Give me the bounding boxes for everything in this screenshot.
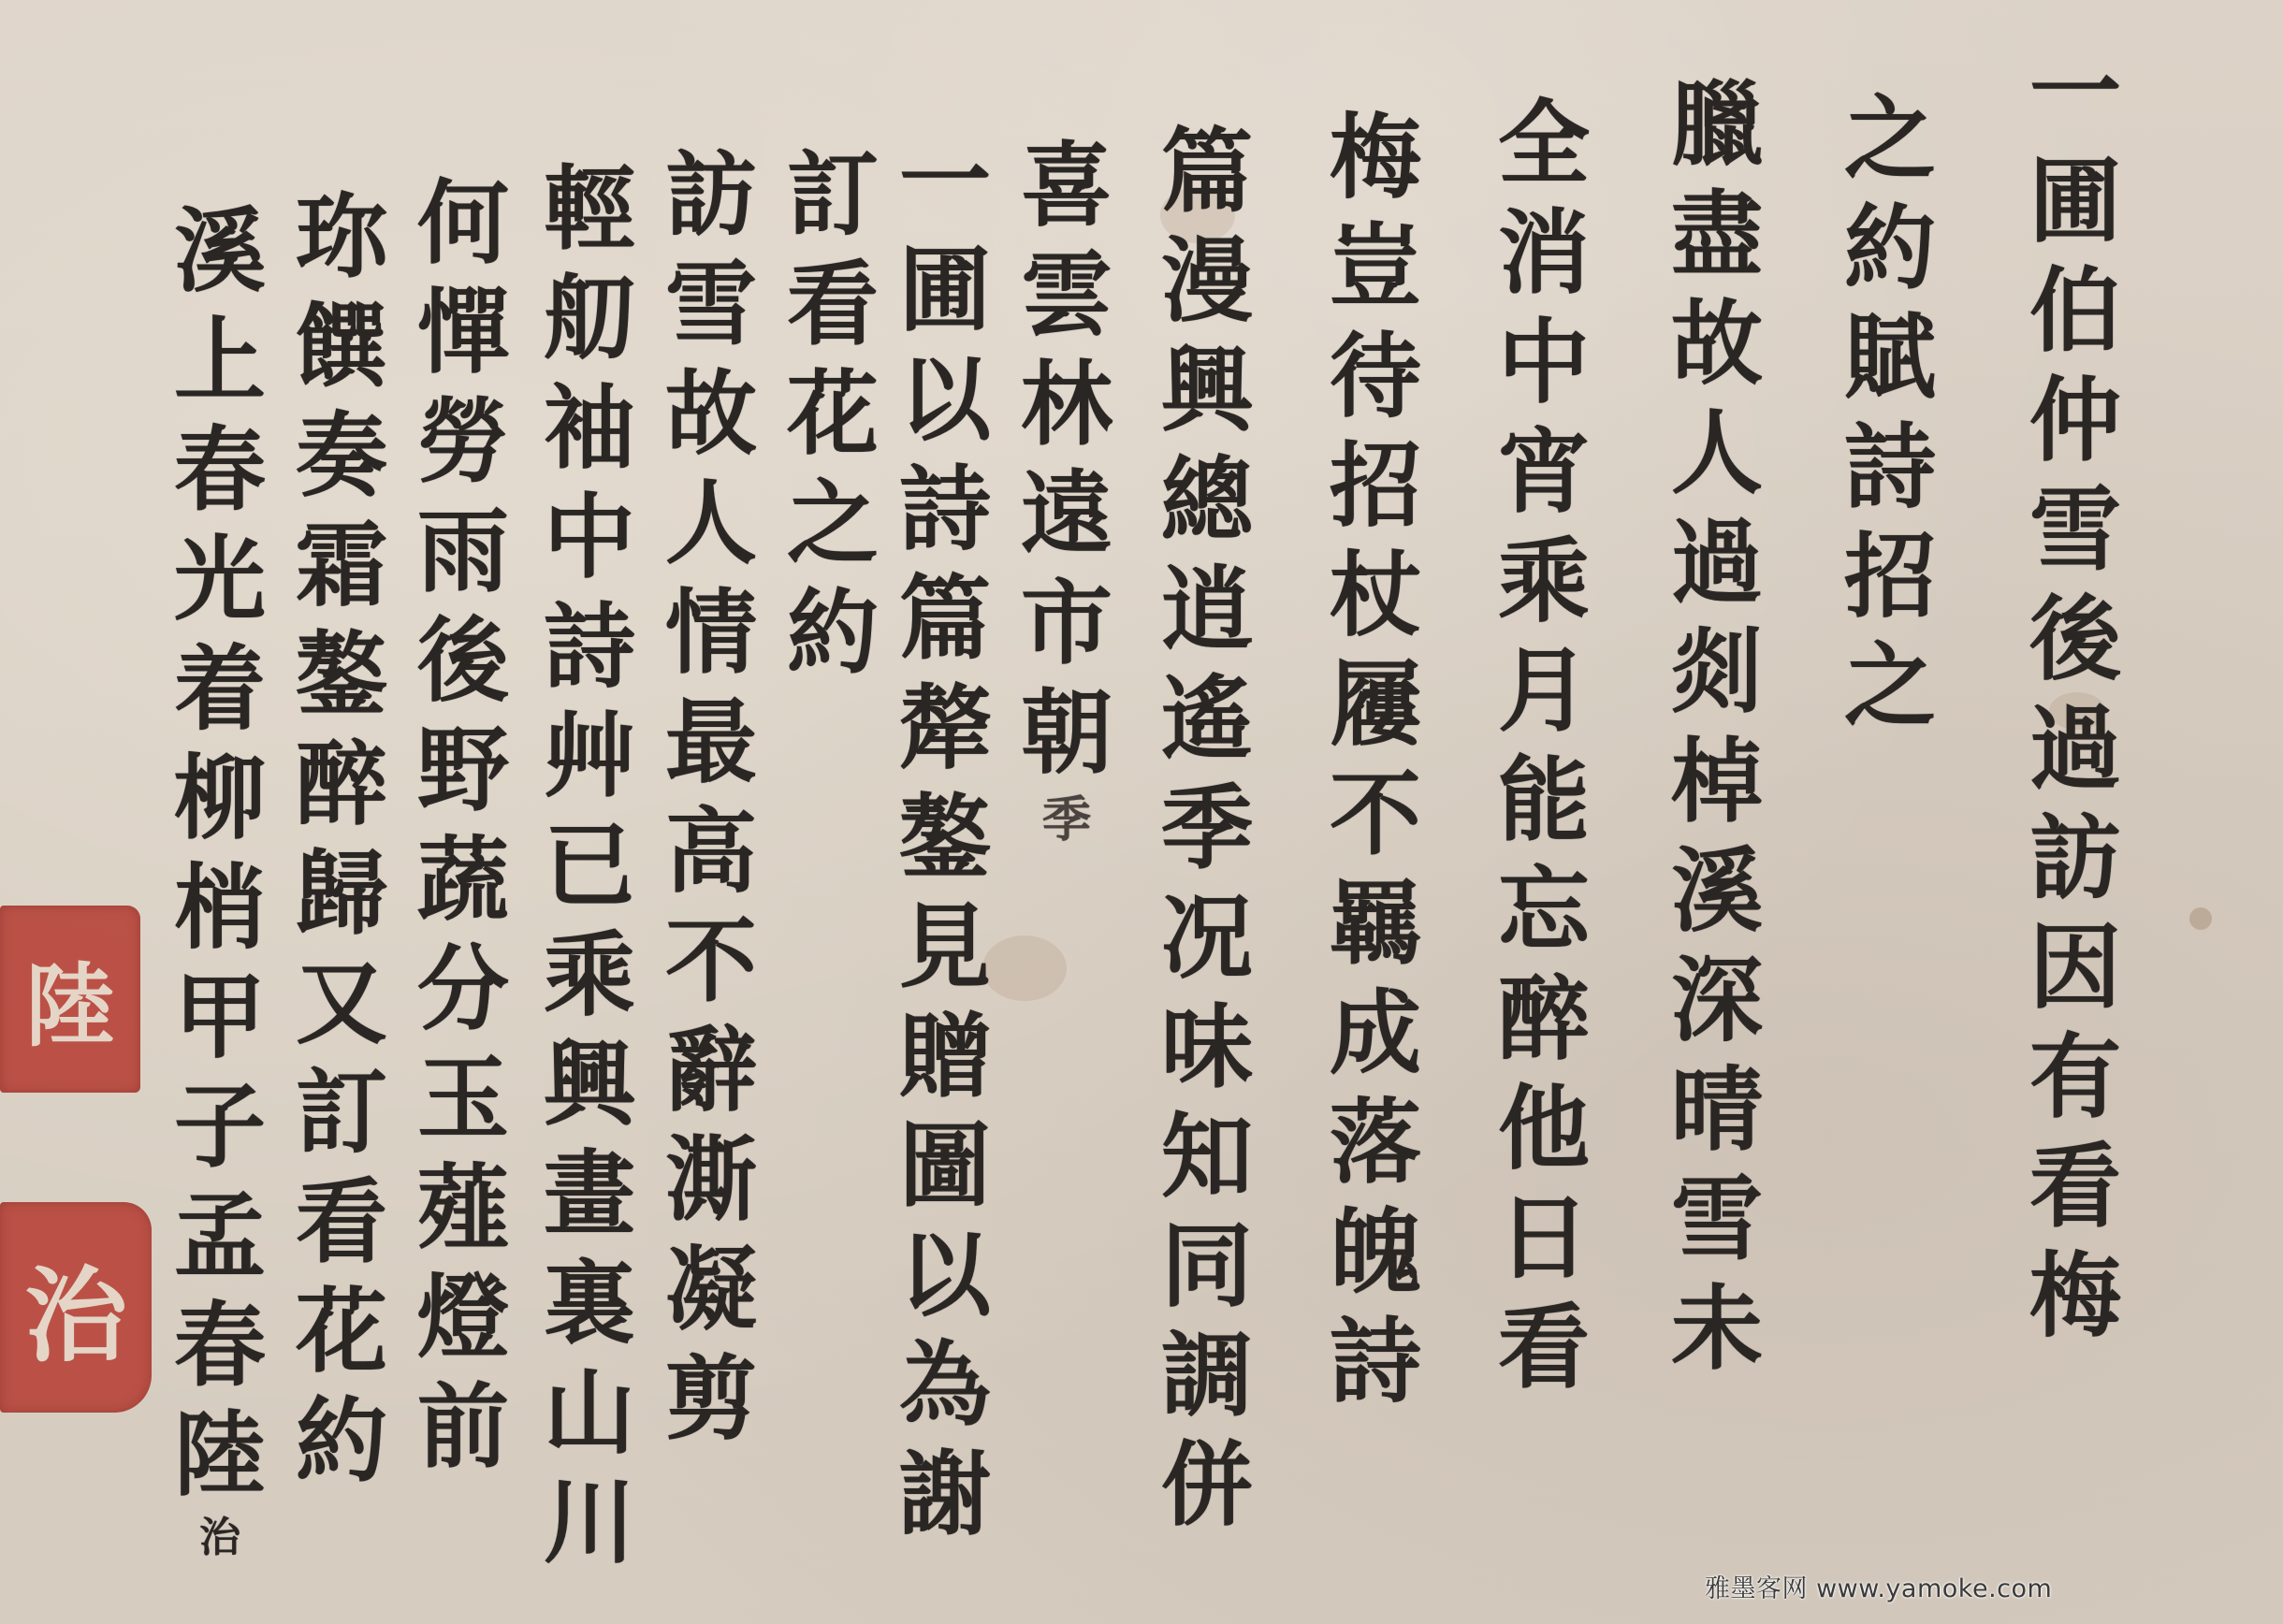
character: 薤 xyxy=(407,1153,519,1263)
character: 過 xyxy=(1661,508,1773,617)
character: 鏊 xyxy=(889,783,1001,892)
character: 陸 xyxy=(164,1400,276,1510)
character: 一 xyxy=(2019,37,2131,147)
text-column-2: 之 約 賦 詩 招 之 xyxy=(1834,84,1946,741)
small-annotation-character: 季 xyxy=(1011,788,1123,853)
red-seal-lower: 治 xyxy=(0,1202,152,1413)
character: 故 xyxy=(1661,289,1773,399)
character: 中 xyxy=(1488,308,1600,417)
character: 憚 xyxy=(407,278,519,387)
character: 人 xyxy=(1661,399,1773,508)
character: 艸 xyxy=(533,702,646,811)
character: 併 xyxy=(1151,1430,1263,1540)
character: 盡 xyxy=(1661,180,1773,289)
character: 鏊 xyxy=(285,620,398,730)
character: 總 xyxy=(1151,445,1263,555)
character: 以 xyxy=(889,345,1001,455)
character: 孟 xyxy=(164,1182,276,1291)
character: 看 xyxy=(777,250,889,359)
character: 圃 xyxy=(2019,147,2131,256)
character: 漫 xyxy=(1151,226,1263,336)
calligraphy-paper: 一 圃 伯 仲 雪 後 過 訪 因 有 看 梅 之 約 賦 詩 招 之 臘 盡 … xyxy=(0,0,2283,1624)
character: 裏 xyxy=(533,1249,646,1358)
character: 又 xyxy=(285,949,398,1058)
character: 約 xyxy=(777,578,889,688)
character: 消 xyxy=(1488,198,1600,308)
character: 訂 xyxy=(285,1058,398,1167)
character: 畫 xyxy=(533,1139,646,1249)
character: 川 xyxy=(533,1468,646,1577)
character: 日 xyxy=(1488,1183,1600,1293)
character: 蔬 xyxy=(407,825,519,935)
text-column-8: 一 圃 以 詩 篇 犛 鏊 見 贈 圖 以 為 謝 xyxy=(889,126,1001,1549)
character: 輕 xyxy=(533,154,646,264)
character: 見 xyxy=(889,892,1001,1002)
character: 之 xyxy=(1834,84,1946,194)
character: 興 xyxy=(533,1030,646,1139)
character: 豈 xyxy=(1319,212,1432,322)
character: 忘 xyxy=(1488,855,1600,964)
character: 高 xyxy=(655,797,767,906)
text-column-10: 訪 雪 故 人 情 最 高 不 辭 澌 凝 剪 xyxy=(655,140,767,1454)
text-column-6: 篇 漫 興 總 逍 遙 季 况 味 知 同 調 併 xyxy=(1151,117,1263,1540)
character: 以 xyxy=(889,1221,1001,1330)
text-column-4: 全 消 中 宵 乘 月 能 忘 醉 他 日 看 xyxy=(1488,89,1600,1402)
character: 情 xyxy=(655,578,767,688)
character: 遠 xyxy=(1011,459,1123,569)
character: 杖 xyxy=(1319,541,1432,650)
character: 犛 xyxy=(889,674,1001,783)
character: 同 xyxy=(1151,1211,1263,1321)
character: 澌 xyxy=(655,1125,767,1235)
character: 成 xyxy=(1319,979,1432,1088)
character: 奏 xyxy=(285,401,398,511)
character: 林 xyxy=(1011,350,1123,459)
character: 珎 xyxy=(285,182,398,292)
character: 為 xyxy=(889,1330,1001,1440)
text-column-3: 臘 盡 故 人 過 剡 棹 溪 深 晴 雪 未 xyxy=(1661,70,1773,1384)
text-column-7: 喜 雲 林 遠 市 朝 季 xyxy=(1011,131,1123,853)
character: 山 xyxy=(533,1358,646,1468)
character: 醉 xyxy=(285,730,398,839)
character: 朝 xyxy=(1011,678,1123,788)
character: 約 xyxy=(1834,194,1946,303)
character: 他 xyxy=(1488,1074,1600,1183)
character: 賦 xyxy=(1834,303,1946,413)
character: 花 xyxy=(285,1277,398,1386)
character: 梅 xyxy=(2019,1241,2131,1351)
character: 訪 xyxy=(2019,804,2131,913)
character: 調 xyxy=(1151,1321,1263,1430)
character: 招 xyxy=(1834,522,1946,631)
character: 乘 xyxy=(533,921,646,1030)
character: 溪 xyxy=(164,196,276,306)
character: 况 xyxy=(1151,883,1263,993)
character: 宵 xyxy=(1488,417,1600,527)
character: 柳 xyxy=(164,744,276,853)
character: 魄 xyxy=(1319,1197,1432,1307)
paper-stain xyxy=(2189,907,2212,930)
character: 歸 xyxy=(285,839,398,949)
character: 詩 xyxy=(1834,413,1946,522)
character: 約 xyxy=(285,1386,398,1496)
character: 中 xyxy=(533,483,646,592)
text-column-12: 何 憚 勞 雨 後 野 蔬 分 玉 薤 燈 前 xyxy=(407,168,519,1482)
character: 燈 xyxy=(407,1263,519,1372)
character: 雨 xyxy=(407,497,519,606)
character: 之 xyxy=(1834,631,1946,741)
character: 不 xyxy=(1319,760,1432,869)
character: 逍 xyxy=(1151,555,1263,664)
character: 舠 xyxy=(533,264,646,373)
text-column-13: 珎 饌 奏 霜 鏊 醉 歸 又 訂 看 花 約 xyxy=(285,182,398,1496)
site-watermark: 雅墨客网 www.yamoke.com xyxy=(1705,1568,2052,1604)
character: 春 xyxy=(164,415,276,525)
character: 喜 xyxy=(1011,131,1123,240)
character: 月 xyxy=(1488,636,1600,746)
text-column-9: 訂 看 花 之 約 xyxy=(777,140,889,688)
character: 詩 xyxy=(533,592,646,702)
character: 未 xyxy=(1661,1274,1773,1384)
character: 玉 xyxy=(407,1044,519,1153)
character: 晴 xyxy=(1661,1055,1773,1165)
character: 上 xyxy=(164,306,276,415)
character: 最 xyxy=(655,688,767,797)
character: 羈 xyxy=(1319,869,1432,979)
character: 後 xyxy=(407,606,519,716)
character: 着 xyxy=(164,634,276,744)
character: 雪 xyxy=(655,250,767,359)
character: 已 xyxy=(533,811,646,921)
character: 乘 xyxy=(1488,527,1600,636)
character: 雪 xyxy=(1661,1165,1773,1274)
character: 梢 xyxy=(164,853,276,963)
character: 贈 xyxy=(889,1002,1001,1111)
character: 仲 xyxy=(2019,366,2131,475)
character: 霜 xyxy=(285,511,398,620)
red-seal-upper: 陸 xyxy=(0,906,140,1093)
character: 屨 xyxy=(1319,650,1432,760)
character: 遙 xyxy=(1151,664,1263,774)
character: 勞 xyxy=(407,387,519,497)
character: 市 xyxy=(1011,569,1123,678)
character: 知 xyxy=(1151,1102,1263,1211)
character: 雲 xyxy=(1011,240,1123,350)
character: 梅 xyxy=(1319,103,1432,212)
character: 深 xyxy=(1661,946,1773,1055)
character: 甲 xyxy=(164,963,276,1072)
character: 溪 xyxy=(1661,836,1773,946)
character: 春 xyxy=(164,1291,276,1400)
character: 看 xyxy=(285,1167,398,1277)
character: 圖 xyxy=(889,1111,1001,1221)
character: 詩 xyxy=(1319,1307,1432,1416)
seal-glyph: 治 xyxy=(24,1234,127,1382)
character: 謝 xyxy=(889,1440,1001,1549)
character: 訪 xyxy=(655,140,767,250)
signature-small-character: 治 xyxy=(164,1510,276,1566)
character: 雪 xyxy=(2019,475,2131,585)
character: 光 xyxy=(164,525,276,634)
character: 落 xyxy=(1319,1088,1432,1197)
character: 人 xyxy=(655,469,767,578)
character: 凝 xyxy=(655,1235,767,1344)
character: 能 xyxy=(1488,746,1600,855)
character: 篇 xyxy=(1151,117,1263,226)
character: 棹 xyxy=(1661,727,1773,836)
character: 篇 xyxy=(889,564,1001,674)
character: 剪 xyxy=(655,1344,767,1454)
character: 因 xyxy=(2019,913,2131,1022)
seal-glyph: 陸 xyxy=(25,935,115,1064)
character: 分 xyxy=(407,935,519,1044)
character: 招 xyxy=(1319,431,1432,541)
text-column-11: 輕 舠 袖 中 詩 艸 已 乘 興 畫 裏 山 川 xyxy=(533,154,646,1577)
character: 伯 xyxy=(2019,256,2131,366)
character: 子 xyxy=(164,1072,276,1182)
character: 看 xyxy=(1488,1293,1600,1402)
character: 興 xyxy=(1151,336,1263,445)
text-column-5: 梅 豈 待 招 杖 屨 不 羈 成 落 魄 詩 xyxy=(1319,103,1432,1416)
character: 之 xyxy=(777,469,889,578)
character: 看 xyxy=(2019,1132,2131,1241)
character: 詩 xyxy=(889,455,1001,564)
character: 過 xyxy=(2019,694,2131,804)
character: 味 xyxy=(1151,993,1263,1102)
character: 季 xyxy=(1151,774,1263,883)
character: 前 xyxy=(407,1372,519,1482)
text-column-14-signature: 溪 上 春 光 着 柳 梢 甲 子 孟 春 陸 治 xyxy=(164,196,276,1566)
character: 不 xyxy=(655,906,767,1016)
character: 後 xyxy=(2019,585,2131,694)
character: 醉 xyxy=(1488,964,1600,1074)
character: 訂 xyxy=(777,140,889,250)
character: 何 xyxy=(407,168,519,278)
text-column-1: 一 圃 伯 仲 雪 後 過 訪 因 有 看 梅 xyxy=(2019,37,2131,1351)
character: 圃 xyxy=(889,236,1001,345)
character: 袖 xyxy=(533,373,646,483)
character: 一 xyxy=(889,126,1001,236)
character: 饌 xyxy=(285,292,398,401)
character: 待 xyxy=(1319,322,1432,431)
character: 有 xyxy=(2019,1022,2131,1132)
character: 剡 xyxy=(1661,617,1773,727)
character: 故 xyxy=(655,359,767,469)
character: 臘 xyxy=(1661,70,1773,180)
character: 野 xyxy=(407,716,519,825)
character: 花 xyxy=(777,359,889,469)
character: 全 xyxy=(1488,89,1600,198)
character: 辭 xyxy=(655,1016,767,1125)
